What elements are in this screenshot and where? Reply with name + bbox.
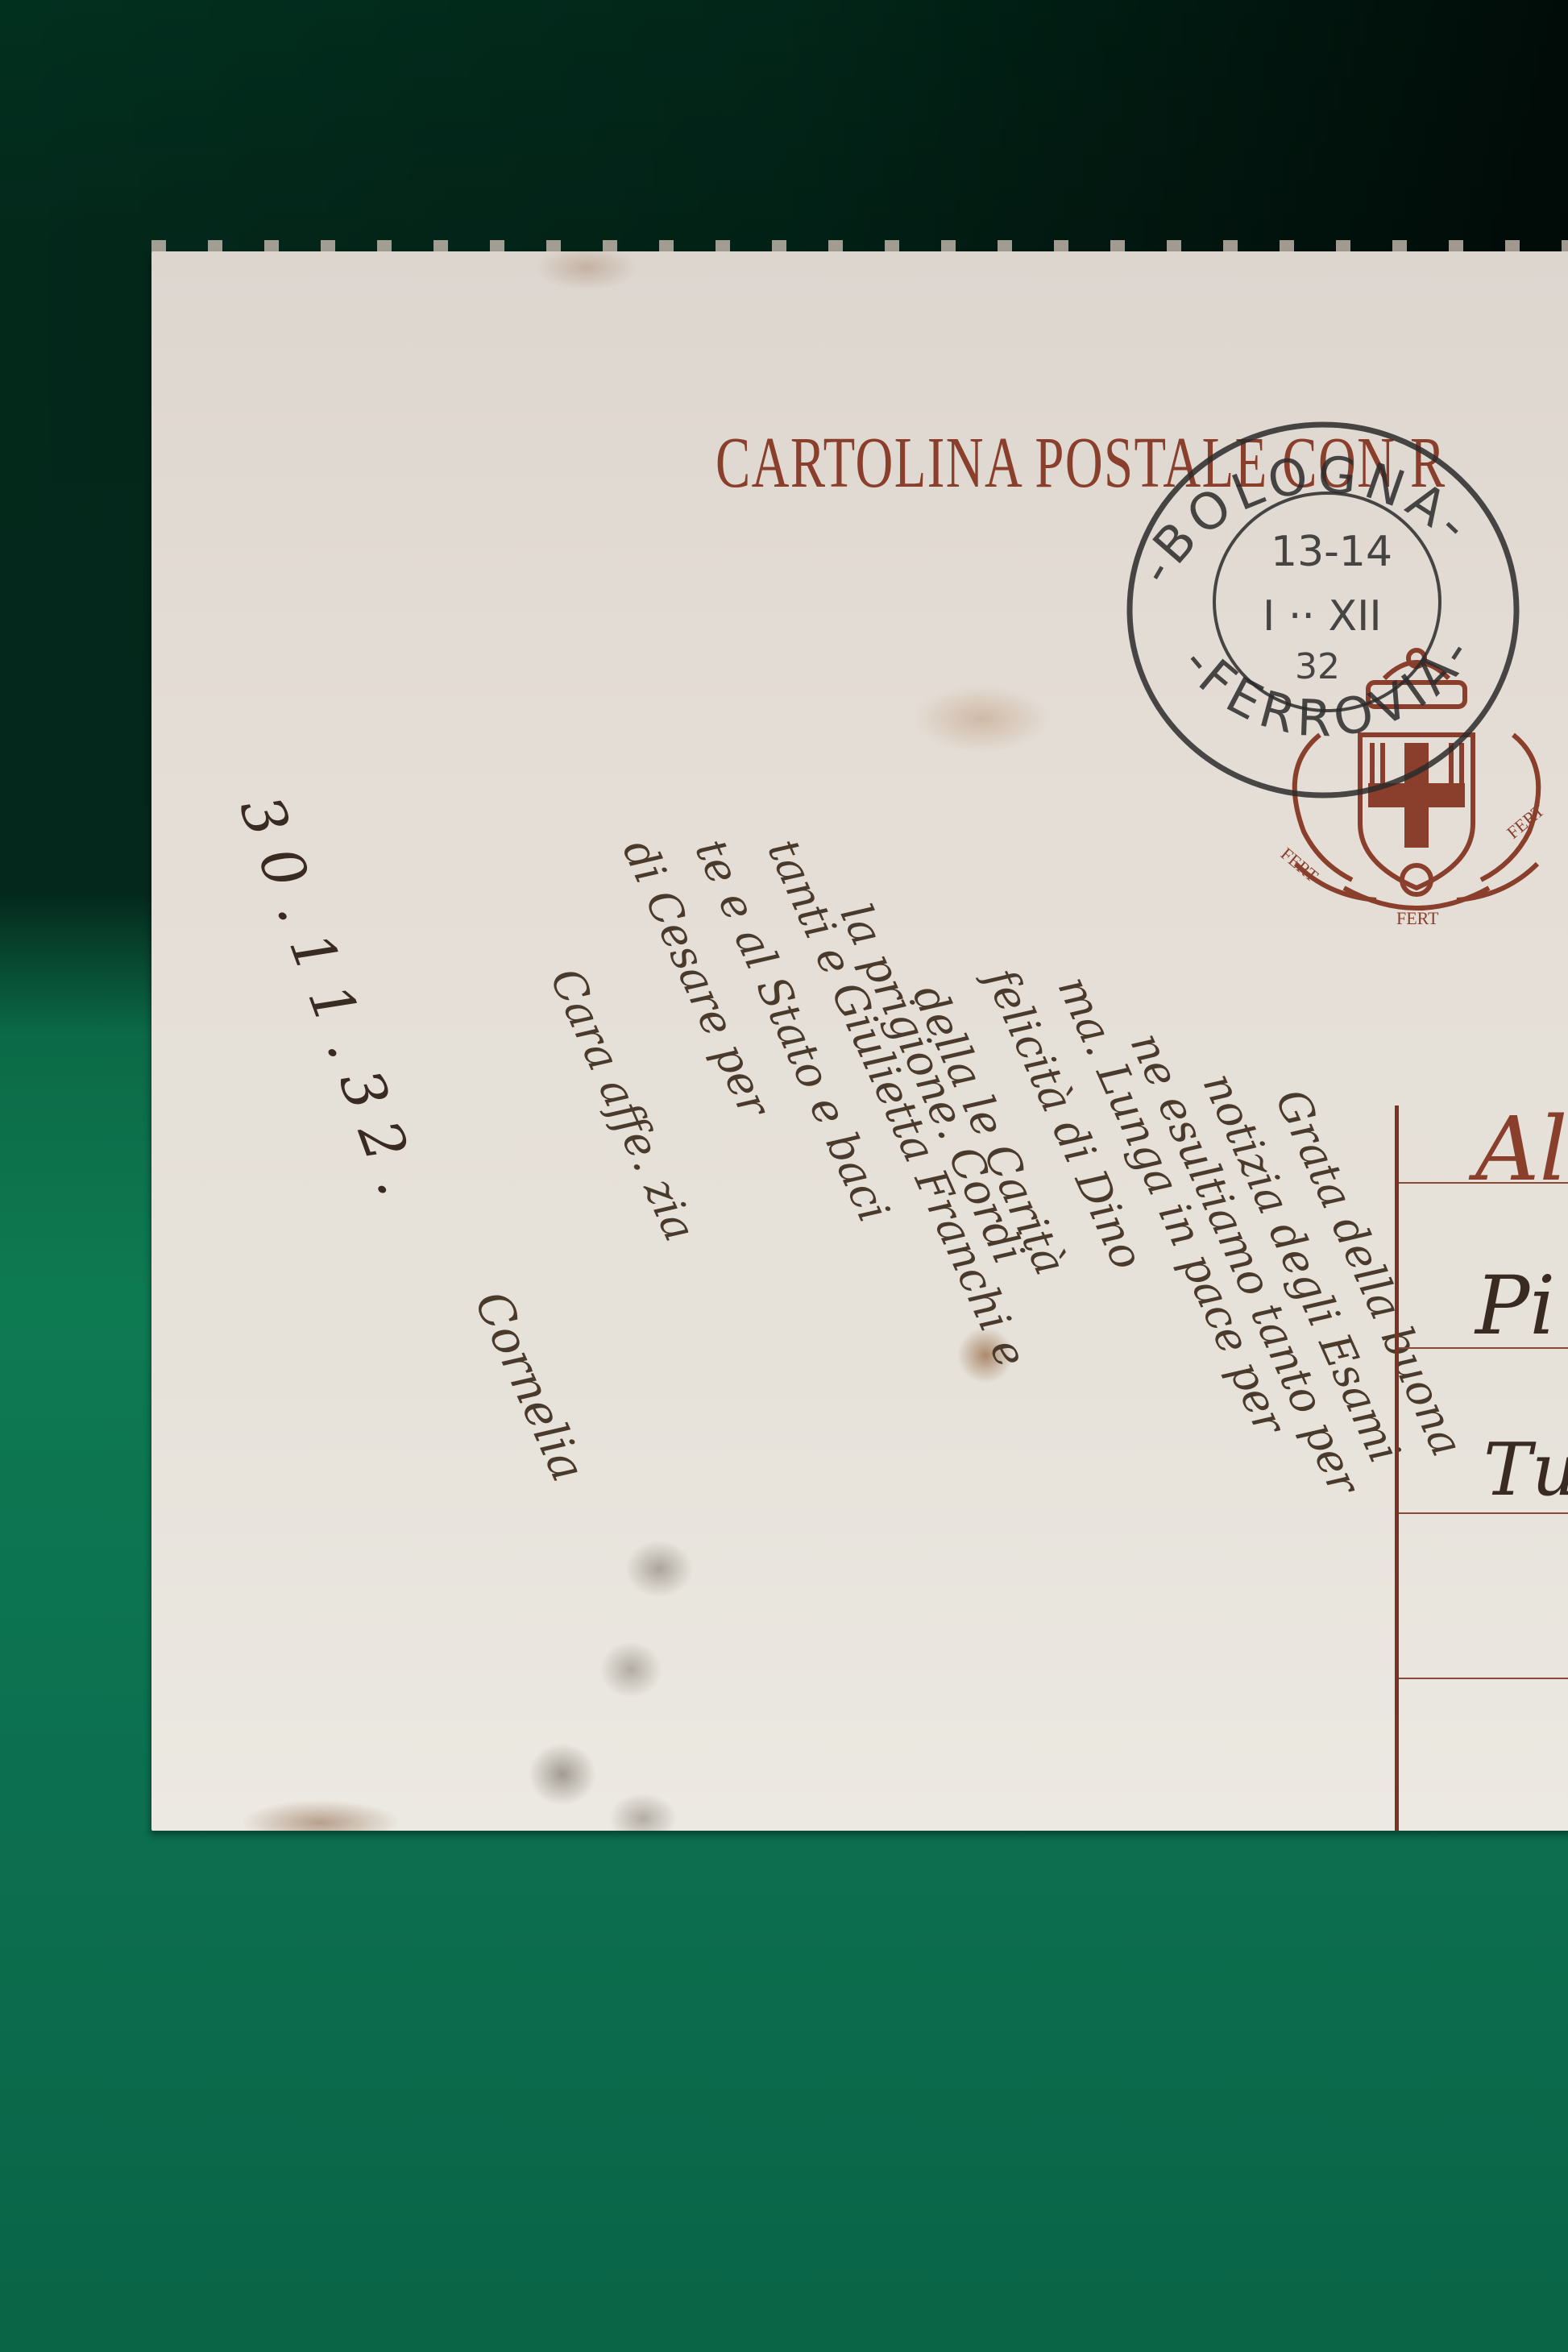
svg-text:13-14: 13-14: [1271, 528, 1392, 576]
svg-text:32: 32: [1295, 646, 1340, 687]
signature: Cornelia: [464, 1283, 596, 1489]
address-line-2: Pi: [1475, 1259, 1555, 1353]
motto-text: FERT: [1396, 908, 1439, 928]
address-rule: [1399, 1678, 1568, 1679]
handwritten-date: 30.11.32.: [226, 787, 439, 1221]
address-line-1: Al: [1475, 1097, 1568, 1201]
svg-text:I ·· XII: I ·· XII: [1263, 592, 1382, 641]
postmark-stamp-icon: -BOLOGNA- -FERROVIA- 13-14 I ·· XII 32: [1122, 413, 1524, 815]
postcard: CARTOLINA POSTALE CON R FERT FERT FERT: [151, 251, 1568, 1831]
address-block: Al Pi Tu: [1395, 1105, 1568, 1831]
address-rule: [1399, 1512, 1568, 1514]
address-line-3: Tu: [1483, 1428, 1568, 1512]
address-divider-line: [1395, 1105, 1399, 1831]
